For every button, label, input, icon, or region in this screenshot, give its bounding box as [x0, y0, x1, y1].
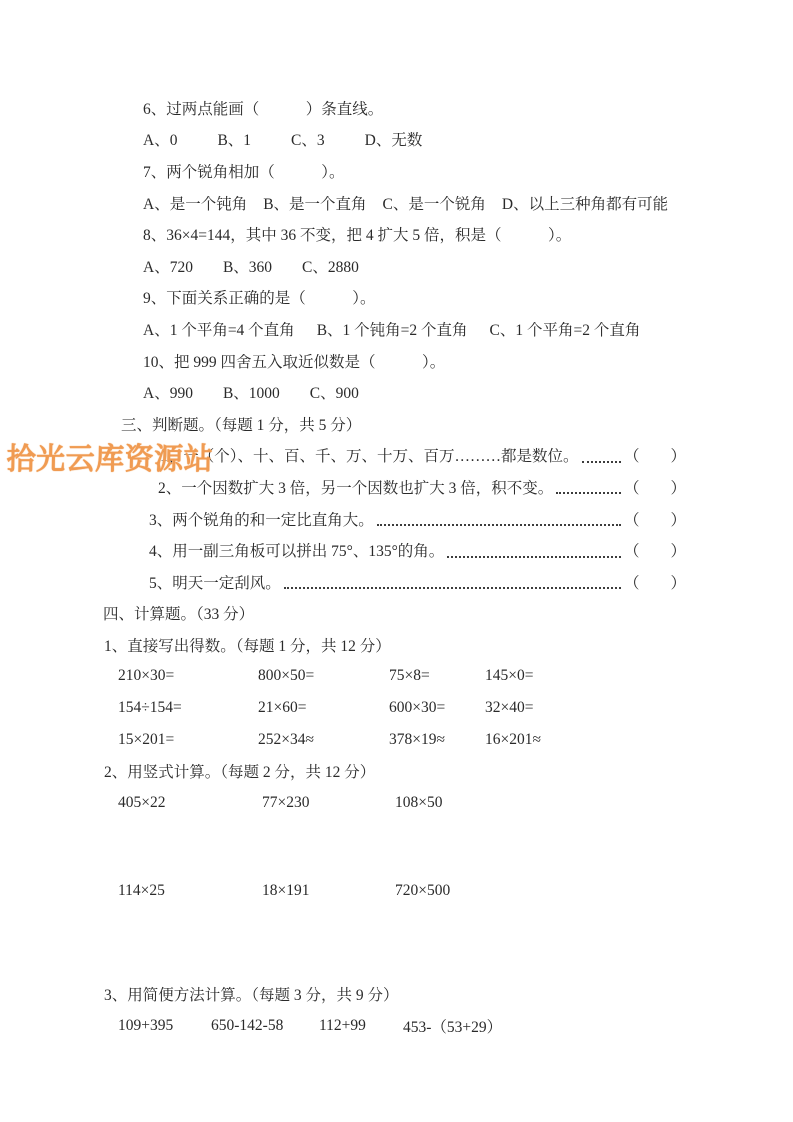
judge-item-text: 5、明天一定刮风。: [149, 571, 281, 593]
calc-expression: 800×50=: [258, 667, 389, 685]
section-calc-title: 四、计算题。（33 分）: [0, 598, 793, 630]
calc-expression: 16×201≈: [485, 731, 793, 749]
judge-item-4: 4、用一副三角板可以拼出 75°、135°的角。 （ ）: [0, 534, 686, 566]
calc-expression: 210×30=: [118, 667, 258, 685]
option-c: C、2880: [302, 255, 359, 277]
direct-calc-row: 210×30= 800×50= 75×8= 145×0=: [0, 661, 793, 693]
vertical-calc-title: 2、用竖式计算。（每题 2 分，共 12 分）: [0, 755, 793, 787]
calc-expression: 32×40=: [485, 699, 793, 717]
calc-expression: 114×25: [118, 882, 262, 900]
judge-item-text: 2、一个因数扩大 3 倍，另一个因数也扩大 3 倍，积不变。: [158, 476, 553, 498]
question-6: 6、过两点能画（ ）条直线。: [0, 92, 793, 124]
option-c: C、900: [310, 381, 359, 403]
option-b: B、是一个直角: [263, 192, 366, 214]
option-c: C、3: [291, 128, 325, 150]
calc-expression: 453-（53+29）: [403, 1015, 793, 1037]
dotted-leader: [556, 479, 621, 494]
question-6-options: A、0 B、1 C、3 D、无数: [0, 124, 793, 156]
calc-expression: 154÷154=: [118, 699, 258, 717]
calc-expression: 145×0=: [485, 667, 793, 685]
vertical-calc-row: 405×22 77×230 108×50: [0, 787, 793, 819]
judge-item-3: 3、两个锐角的和一定比直角大。 （ ）: [0, 503, 686, 535]
calc-expression: 15×201=: [118, 731, 258, 749]
calc-expression: 109+395: [118, 1017, 211, 1035]
calc-expression: 75×8=: [389, 667, 485, 685]
watermark-text: 拾光云库资源站: [6, 441, 213, 478]
option-a: A、990: [143, 381, 193, 403]
page-content: 6、过两点能画（ ）条直线。 A、0 B、1 C、3 D、无数 7、两个锐角相加…: [0, 92, 793, 1041]
direct-calc-row: 15×201= 252×34≈ 378×19≈ 16×201≈: [0, 724, 793, 756]
calc-expression: 720×500: [395, 882, 793, 900]
question-8-options: A、720 B、360 C、2880: [0, 250, 793, 282]
section-title: 四、计算题。（33 分）: [103, 602, 254, 624]
simple-calc-row: 109+395 650-142-58 112+99 453-（53+29）: [0, 1010, 793, 1042]
option-a: A、0: [143, 128, 177, 150]
subsection-title: 2、用竖式计算。（每题 2 分，共 12 分）: [104, 760, 375, 782]
judge-item-text: 1、一（个）、十、百、千、万、十万、百万………都是数位。: [160, 444, 579, 466]
option-a: A、720: [143, 255, 193, 277]
option-c: C、是一个锐角: [383, 192, 486, 214]
question-10-text: 10、把 999 四舍五入取近似数是（ ）。: [143, 350, 445, 372]
dotted-leader: [284, 574, 621, 589]
simple-calc-title: 3、用简便方法计算。（每题 3 分，共 9 分）: [0, 978, 793, 1010]
calc-expression: 600×30=: [389, 699, 485, 717]
option-b: B、1: [217, 128, 251, 150]
option-b: B、1000: [223, 381, 280, 403]
calc-expression: 405×22: [118, 794, 262, 812]
working-space: [0, 907, 793, 978]
option-c: C、1 个平角=2 个直角: [490, 318, 641, 340]
question-9-options: A、1 个平角=4 个直角 B、1 个钝角=2 个直角 C、1 个平角=2 个直…: [0, 313, 793, 345]
dotted-leader: [447, 543, 621, 558]
section-title: 三、判断题。（每题 1 分，共 5 分）: [121, 413, 361, 435]
calc-expression: 650-142-58: [211, 1017, 319, 1035]
subsection-title: 3、用简便方法计算。（每题 3 分，共 9 分）: [104, 983, 399, 1005]
option-a: A、1 个平角=4 个直角: [143, 318, 295, 340]
question-6-text: 6、过两点能画（ ）条直线。: [143, 97, 383, 119]
question-9-text: 9、下面关系正确的是（ ）。: [143, 286, 376, 308]
option-b: B、1 个钝角=2 个直角: [317, 318, 468, 340]
section-judge-title: 三、判断题。（每题 1 分，共 5 分）: [0, 408, 793, 440]
direct-calc-title: 1、直接写出得数。（每题 1 分，共 12 分）: [0, 629, 793, 661]
calc-expression: 77×230: [262, 794, 395, 812]
dotted-leader: [377, 511, 621, 526]
option-d: D、无数: [365, 128, 423, 150]
question-8-text: 8、36×4=144，其中 36 不变，把 4 扩大 5 倍，积是（ ）。: [143, 223, 571, 245]
question-7-options: A、是一个钝角 B、是一个直角 C、是一个锐角 D、以上三种角都有可能: [0, 187, 793, 219]
working-space: [0, 819, 793, 876]
vertical-calc-row: 114×25 18×191 720×500: [0, 876, 793, 908]
option-a: A、是一个钝角: [143, 192, 247, 214]
question-10: 10、把 999 四舍五入取近似数是（ ）。: [0, 345, 793, 377]
direct-calc-row: 154÷154= 21×60= 600×30= 32×40=: [0, 692, 793, 724]
judge-item-5: 5、明天一定刮风。 （ ）: [0, 566, 686, 598]
option-b: B、360: [223, 255, 272, 277]
calc-expression: 252×34≈: [258, 731, 389, 749]
question-10-options: A、990 B、1000 C、900: [0, 376, 793, 408]
judge-item-text: 4、用一副三角板可以拼出 75°、135°的角。: [149, 539, 444, 561]
answer-blank: （ ）: [624, 539, 686, 561]
question-7: 7、两个锐角相加（ ）。: [0, 155, 793, 187]
exam-paper-page: 拾光云库资源站 6、过两点能画（ ）条直线。 A、0 B、1 C、3 D、无数 …: [0, 0, 793, 1122]
answer-blank: （ ）: [624, 508, 686, 530]
calc-expression: 378×19≈: [389, 731, 485, 749]
question-7-text: 7、两个锐角相加（ ）。: [143, 160, 345, 182]
judge-item-text: 3、两个锐角的和一定比直角大。: [149, 508, 374, 530]
question-9: 9、下面关系正确的是（ ）。: [0, 282, 793, 314]
calc-expression: 18×191: [262, 882, 395, 900]
answer-blank: （ ）: [624, 571, 686, 593]
calc-expression: 112+99: [319, 1017, 403, 1035]
question-8: 8、36×4=144，其中 36 不变，把 4 扩大 5 倍，积是（ ）。: [0, 218, 793, 250]
calc-expression: 21×60=: [258, 699, 389, 717]
option-d: D、以上三种角都有可能: [502, 192, 668, 214]
answer-blank: （ ）: [624, 444, 686, 466]
answer-blank: （ ）: [624, 476, 686, 498]
calc-expression: 108×50: [395, 794, 793, 812]
dotted-leader: [582, 448, 621, 463]
subsection-title: 1、直接写出得数。（每题 1 分，共 12 分）: [104, 634, 391, 656]
